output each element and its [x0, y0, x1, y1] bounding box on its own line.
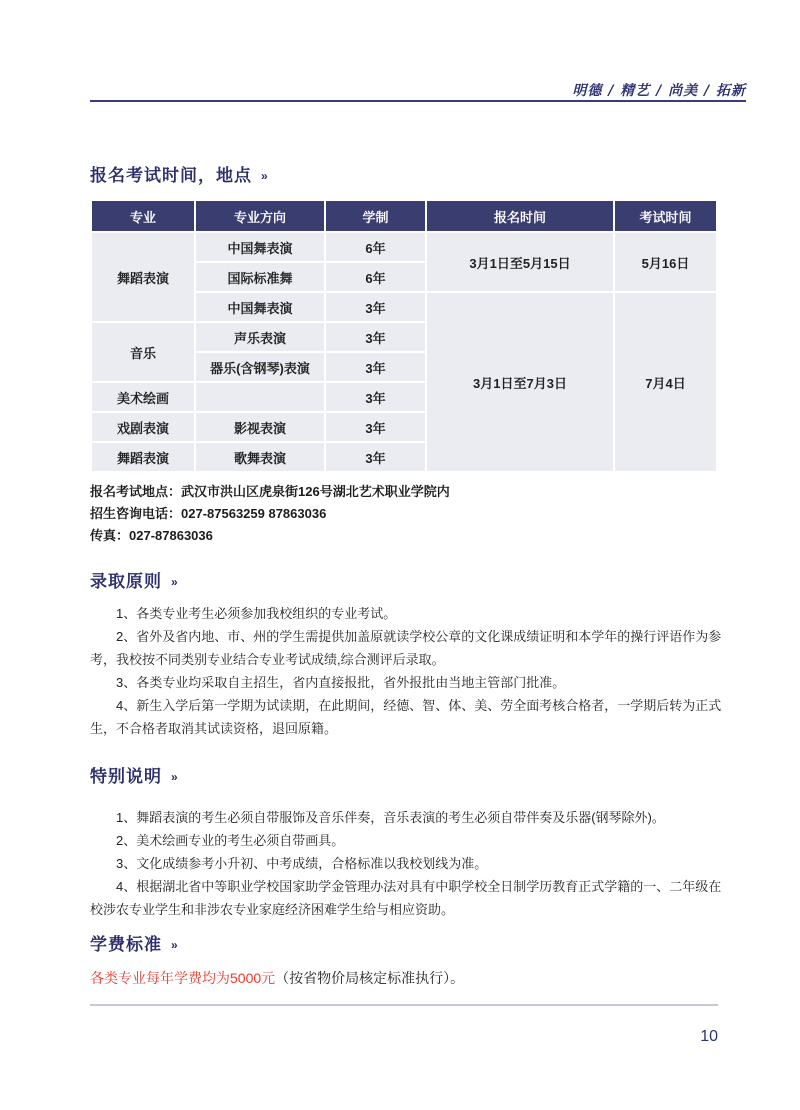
- footer-divider: [90, 1004, 718, 1006]
- cell-major: 美术绘画: [92, 383, 194, 411]
- cell-years: 3年: [326, 293, 425, 321]
- exam-address-line: 报名考试地点：武汉市洪山区虎泉街126号湖北艺术职业学院内: [90, 481, 722, 503]
- cell-years: 3年: [326, 413, 425, 441]
- cell-years: 3年: [326, 323, 425, 351]
- list-item: 3、各类专业均采取自主招生，省内直接报批，省外报批由当地主管部门批准。: [90, 671, 722, 694]
- section-title-schedule-text: 报名考试时间，地点: [90, 166, 252, 185]
- cell-major: 戏剧表演: [92, 413, 194, 441]
- cell-direction: [196, 383, 324, 411]
- col-header-exam: 考试时间: [615, 201, 716, 231]
- list-item: 1、舞蹈表演的考生必须自带服饰及音乐伴奏，音乐表演的考生必须自带伴奏及乐器(钢琴…: [90, 806, 722, 829]
- header-divider: [90, 100, 746, 102]
- table-row: 舞蹈表演 中国舞表演 6年 3月1日至5月15日 5月16日: [92, 233, 716, 261]
- list-item: 4、根据湖北省中等职业学校国家助学金管理办法对具有中职学校全日制学历教育正式学籍…: [90, 875, 722, 921]
- cell-exam-time: 7月4日: [615, 293, 716, 471]
- cell-years: 3年: [326, 443, 425, 471]
- school-motto: 明德 / 精艺 / 尚美 / 拓新: [572, 80, 746, 100]
- section-title-schedule: 报名考试时间，地点»: [90, 161, 269, 186]
- double-chevron-icon: »: [171, 770, 179, 784]
- fax-line: 传真：027-87863036: [90, 525, 722, 547]
- list-item: 2、美术绘画专业的考生必须自带画具。: [90, 829, 722, 852]
- special-items-list: 1、舞蹈表演的考生必须自带服饰及音乐伴奏，音乐表演的考生必须自带伴奏及乐器(钢琴…: [90, 806, 722, 921]
- cell-years: 3年: [326, 353, 425, 381]
- cell-direction: 声乐表演: [196, 323, 324, 351]
- cell-years: 6年: [326, 263, 425, 291]
- double-chevron-icon: »: [171, 575, 179, 589]
- tuition-amount-highlight: 各类专业每年学费均为5000元: [90, 970, 275, 986]
- section-title-special-text: 特别说明: [90, 767, 162, 786]
- section-title-admission: 录取原则»: [90, 567, 179, 592]
- page-number: 10: [700, 1028, 718, 1046]
- col-header-direction: 专业方向: [196, 201, 324, 231]
- list-item: 3、文化成绩参考小升初、中考成绩，合格标准以我校划线为准。: [90, 852, 722, 875]
- col-header-major: 专业: [92, 201, 194, 231]
- col-header-years: 学制: [326, 201, 425, 231]
- cell-registration-time: 3月1日至5月15日: [427, 233, 613, 291]
- exam-schedule-table: 专业 专业方向 学制 报名时间 考试时间 舞蹈表演 中国舞表演 6年 3月1日至…: [90, 199, 718, 473]
- list-item: 4、新生入学后第一学期为试读期，在此期间，经德、智、体、美、劳全面考核合格者，一…: [90, 694, 722, 740]
- contact-block: 报名考试地点：武汉市洪山区虎泉街126号湖北艺术职业学院内 招生咨询电话：027…: [90, 481, 722, 547]
- cell-direction: 国际标准舞: [196, 263, 324, 291]
- tuition-note: （按省物价局核定标准执行）。: [275, 970, 464, 986]
- cell-years: 6年: [326, 233, 425, 261]
- col-header-registration: 报名时间: [427, 201, 613, 231]
- cell-major: 音乐: [92, 323, 194, 381]
- cell-direction: 器乐(含钢琴)表演: [196, 353, 324, 381]
- list-item: 2、省外及省内地、市、州的学生需提供加盖原就读学校公章的文化课成绩证明和本学年的…: [90, 625, 722, 671]
- cell-major: 舞蹈表演: [92, 443, 194, 471]
- list-item: 1、各类专业考生必须参加我校组织的专业考试。: [90, 602, 722, 625]
- cell-registration-time: 3月1日至7月3日: [427, 293, 613, 471]
- double-chevron-icon: »: [261, 169, 269, 183]
- brochure-page: 明德 / 精艺 / 尚美 / 拓新 报名考试时间，地点» 专业 专业方向 学制 …: [0, 0, 800, 1110]
- cell-major: 舞蹈表演: [92, 233, 194, 321]
- cell-direction: 中国舞表演: [196, 233, 324, 261]
- table-header-row: 专业 专业方向 学制 报名时间 考试时间: [92, 201, 716, 231]
- cell-direction: 中国舞表演: [196, 293, 324, 321]
- admission-items-list: 1、各类专业考生必须参加我校组织的专业考试。 2、省外及省内地、市、州的学生需提…: [90, 602, 722, 740]
- tuition-statement: 各类专业每年学费均为5000元（按省物价局核定标准执行）。: [90, 968, 722, 988]
- section-title-tuition-text: 学费标准: [90, 935, 162, 954]
- phone-line: 招生咨询电话：027-87563259 87863036: [90, 503, 722, 525]
- section-title-special: 特别说明»: [90, 762, 179, 787]
- section-title-tuition: 学费标准»: [90, 930, 179, 955]
- section-title-admission-text: 录取原则: [90, 572, 162, 591]
- cell-direction: 影视表演: [196, 413, 324, 441]
- cell-exam-time: 5月16日: [615, 233, 716, 291]
- double-chevron-icon: »: [171, 938, 179, 952]
- cell-years: 3年: [326, 383, 425, 411]
- cell-direction: 歌舞表演: [196, 443, 324, 471]
